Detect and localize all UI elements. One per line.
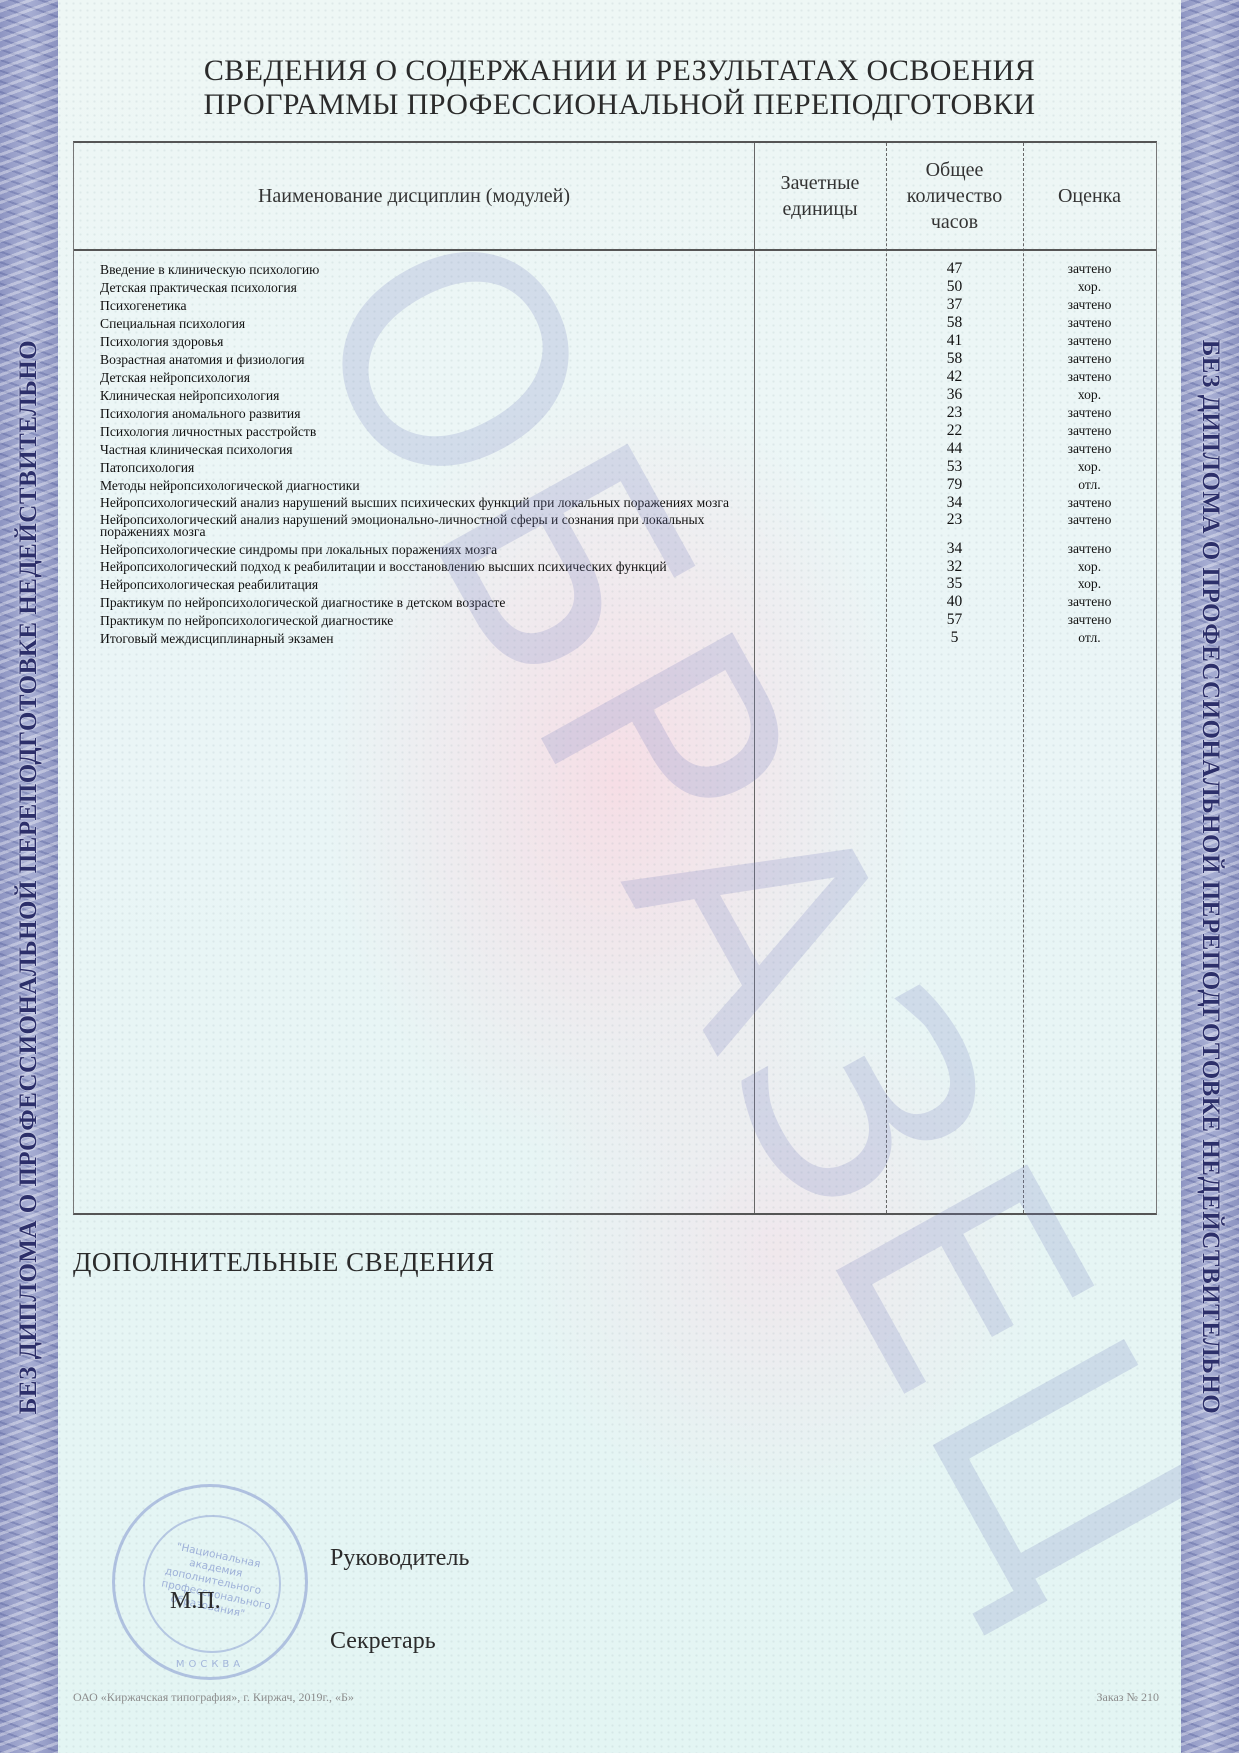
credits-cell <box>734 279 886 297</box>
grade-cell: хор. <box>1023 279 1156 297</box>
header-credits: Зачетные единицы <box>754 143 886 249</box>
header-credits-label: Зачетные единицы <box>775 170 865 222</box>
hours-cell: 36 <box>886 387 1023 405</box>
additional-info-heading: ДОПОЛНИТЕЛЬНЫЕ СВЕДЕНИЯ <box>73 1247 495 1278</box>
hours-cell: 42 <box>886 369 1023 387</box>
grade-cell: зачтено <box>1023 261 1156 279</box>
credits-cell <box>734 477 886 495</box>
header-grade: Оценка <box>1023 143 1156 249</box>
table-row: Детская практическая психология50хор. <box>74 279 1156 297</box>
hours-cell: 57 <box>886 612 1023 630</box>
credits-cell <box>734 333 886 351</box>
credits-cell <box>734 512 886 541</box>
title-line-1: СВЕДЕНИЯ О СОДЕРЖАНИИ И РЕЗУЛЬТАТАХ ОСВО… <box>0 54 1239 88</box>
hours-cell: 22 <box>886 423 1023 441</box>
credits-cell <box>734 297 886 315</box>
credits-cell <box>734 387 886 405</box>
credits-cell <box>734 441 886 459</box>
credits-cell <box>734 423 886 441</box>
grade-cell: зачтено <box>1023 297 1156 315</box>
grade-cell: хор. <box>1023 576 1156 594</box>
header-hours-label: Общее количество часов <box>905 157 1005 235</box>
document-title: СВЕДЕНИЯ О СОДЕРЖАНИИ И РЕЗУЛЬТАТАХ ОСВО… <box>0 54 1239 122</box>
hours-cell: 32 <box>886 559 1023 576</box>
hours-cell: 44 <box>886 441 1023 459</box>
credits-cell <box>734 369 886 387</box>
hours-cell: 34 <box>886 541 1023 559</box>
grade-cell: зачтено <box>1023 512 1156 541</box>
credits-cell <box>734 459 886 477</box>
hours-cell: 79 <box>886 477 1023 495</box>
hours-cell: 23 <box>886 512 1023 541</box>
hours-cell: 50 <box>886 279 1023 297</box>
credits-cell <box>734 315 886 333</box>
hours-cell: 35 <box>886 576 1023 594</box>
header-divider <box>74 249 1156 251</box>
printer-info: ОАО «Киржачская типография», г. Киржач, … <box>73 1690 354 1705</box>
grade-cell: зачтено <box>1023 369 1156 387</box>
credits-cell <box>734 351 886 369</box>
credits-cell <box>734 261 886 279</box>
hours-cell: 47 <box>886 261 1023 279</box>
grade-cell: зачтено <box>1023 405 1156 423</box>
hours-cell: 40 <box>886 594 1023 612</box>
grade-cell: зачтено <box>1023 541 1156 559</box>
grade-cell: зачтено <box>1023 315 1156 333</box>
hours-cell: 37 <box>886 297 1023 315</box>
hours-cell: 34 <box>886 495 1023 512</box>
grade-cell: зачтено <box>1023 333 1156 351</box>
grade-cell: отл. <box>1023 477 1156 495</box>
right-border-text: БЕЗ ДИПЛОМА О ПРОФЕССИОНАЛЬНОЙ ПЕРЕПОДГО… <box>1196 339 1224 1413</box>
hours-cell: 58 <box>886 315 1023 333</box>
hours-cell: 58 <box>886 351 1023 369</box>
hours-cell: 41 <box>886 333 1023 351</box>
hours-cell: 5 <box>886 630 1023 648</box>
credits-cell <box>734 405 886 423</box>
header-hours: Общее количество часов <box>886 143 1023 249</box>
grade-cell: зачтено <box>1023 423 1156 441</box>
hours-cell: 53 <box>886 459 1023 477</box>
grade-cell: зачтено <box>1023 351 1156 369</box>
grade-cell: зачтено <box>1023 612 1156 630</box>
grade-cell: хор. <box>1023 387 1156 405</box>
grade-cell: зачтено <box>1023 441 1156 459</box>
grade-cell: отл. <box>1023 630 1156 648</box>
head-signature-label: Руководитель <box>330 1545 469 1572</box>
table-row: Введение в клиническую психологию47зачте… <box>74 261 1156 279</box>
grade-cell: зачтено <box>1023 594 1156 612</box>
left-security-border: БЕЗ ДИПЛОМА О ПРОФЕССИОНАЛЬНОЙ ПЕРЕПОДГО… <box>0 0 58 1753</box>
header-discipline-name: Наименование дисциплин (модулей) <box>74 143 754 249</box>
official-stamp: "Национальная академия дополнительного п… <box>112 1484 308 1680</box>
left-border-text: БЕЗ ДИПЛОМА О ПРОФЕССИОНАЛЬНОЙ ПЕРЕПОДГО… <box>15 339 43 1413</box>
grade-cell: хор. <box>1023 559 1156 576</box>
secretary-signature-label: Секретарь <box>330 1628 436 1655</box>
grade-cell: зачтено <box>1023 495 1156 512</box>
grade-cell: хор. <box>1023 459 1156 477</box>
seal-place-label: М.П. <box>170 1588 221 1615</box>
order-number: Заказ № 210 <box>1096 1690 1159 1705</box>
hours-cell: 23 <box>886 405 1023 423</box>
stamp-city: МОСКВА <box>115 1659 305 1670</box>
title-line-2: ПРОГРАММЫ ПРОФЕССИОНАЛЬНОЙ ПЕРЕПОДГОТОВК… <box>0 88 1239 122</box>
credits-cell <box>734 495 886 512</box>
